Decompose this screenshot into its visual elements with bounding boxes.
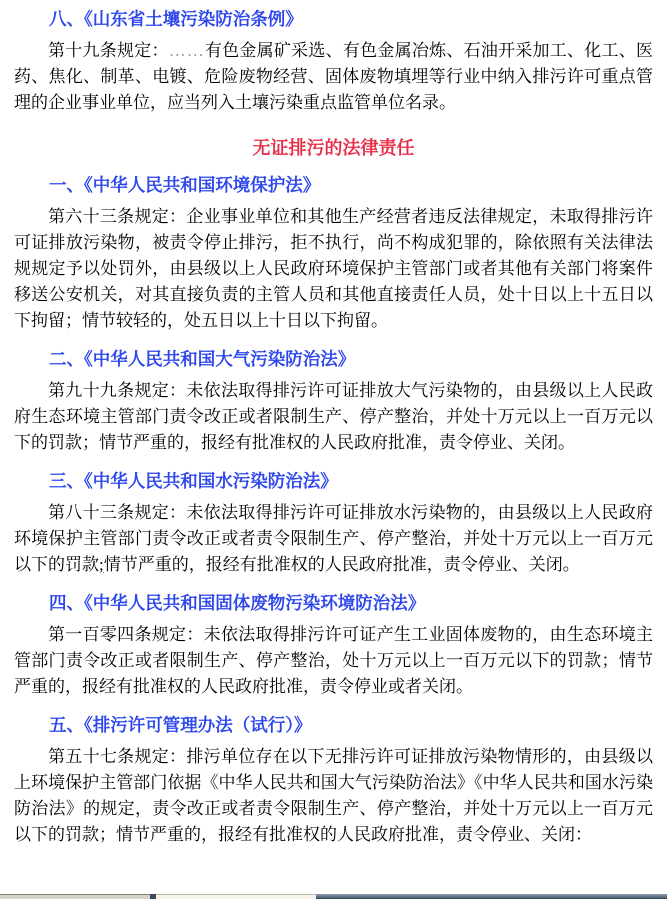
section-heading-solid-waste-law: 四、《中华人民共和国固体废物污染环境防治法》	[14, 592, 653, 614]
section-heading-shandong-regulation: 八、《山东省土壤污染防治条例》	[14, 8, 653, 30]
paragraph-body: 情节严重的，报经有批准权的人民政府批准，责令停业、关闭。	[104, 555, 580, 574]
paragraph-prefix: 第十九条规定：	[48, 41, 169, 60]
taskbar-edge-right[interactable]	[316, 894, 667, 899]
taskbar-button-edge-left[interactable]	[0, 894, 150, 899]
section-paragraph-permit-measures: 第五十七条规定：排污单位存在以下无排污许可证排放污染物情形的，由县级以上环境保护…	[14, 744, 653, 848]
taskbar-sliver	[0, 894, 667, 899]
section-paragraph-water-pollution-law: 第八十三条规定：未依法取得排污许可证排放水污染物的，由县级以上人民政府环境保护主…	[14, 500, 653, 578]
section-paragraph-shandong: 第十九条规定：……有色金属矿采选、有色金属冶炼、石油开采加工、化工、医药、焦化、…	[14, 38, 653, 116]
section-paragraph-solid-waste-law: 第一百零四条规定：未依法取得排污许可证产生工业固体废物的，由生态环境主管部门责令…	[14, 622, 653, 700]
section-heading-permit-measures: 五、《排污许可管理办法（试行）》	[14, 714, 653, 736]
section-heading-environmental-protection-law: 一、《中华人民共和国环境保护法》	[14, 174, 653, 196]
section-heading-water-pollution-law: 三、《中华人民共和国水污染防治法》	[14, 470, 653, 492]
section-paragraph-environmental-protection-law: 第六十三条规定：企业事业单位和其他生产经营者违反法律规定，未取得排污许可证排放污…	[14, 204, 653, 334]
document-page: 八、《山东省土壤污染防治条例》 第十九条规定：……有色金属矿采选、有色金属冶炼、…	[0, 0, 667, 848]
taskbar-button-edge-middle[interactable]	[156, 894, 316, 899]
ellipsis-text: ……	[169, 41, 205, 60]
document-title: 无证排污的法律责任	[14, 136, 653, 160]
document-window: 八、《山东省土壤污染防治条例》 第十九条规定：……有色金属矿采选、有色金属冶炼、…	[0, 0, 667, 899]
section-paragraph-air-pollution-law: 第九十九条规定：未依法取得排污许可证排放大气污染物的，由县级以上人民政府生态环境…	[14, 378, 653, 456]
section-heading-air-pollution-law: 二、《中华人民共和国大气污染防治法》	[14, 348, 653, 370]
